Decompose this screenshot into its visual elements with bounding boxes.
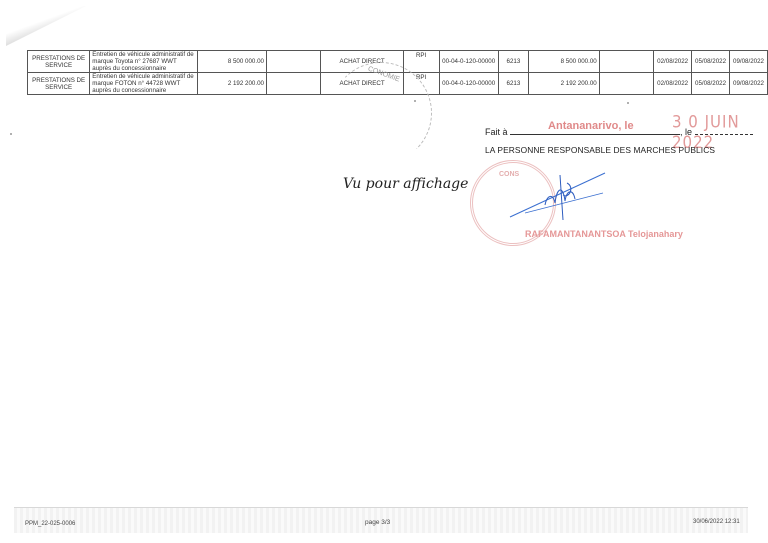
signer-name: RAFAMANTANANTSOA Telojanahary	[525, 229, 683, 239]
blank-cell-cell	[266, 73, 320, 95]
budget-imputation-cell: 00-04-0-120-00000	[439, 51, 498, 73]
scan-speck	[414, 100, 416, 102]
blank-cell-cell	[266, 51, 320, 73]
gray-seal-stamp: CONOMIE	[330, 62, 432, 164]
fait-a-label: Fait à	[485, 127, 508, 137]
budget-imputation-cell: 00-04-0-120-00000	[439, 73, 498, 95]
authority-title: LA PERSONNE RESPONSABLE DES MARCHES PUBL…	[485, 145, 715, 155]
page-corner-fold	[6, 6, 86, 46]
date-1-cell: 02/08/2022	[654, 51, 692, 73]
date-1-cell: 02/08/2022	[654, 73, 692, 95]
procurement-type-cell: PRESTATIONS DE SERVICE	[28, 73, 90, 95]
date-3-cell: 09/08/2022	[729, 73, 767, 95]
article-cell: 6213	[498, 51, 528, 73]
document-reference: PPM_22-025-0006	[25, 521, 75, 527]
description-cell: Entretien de véhicule administratif de m…	[90, 73, 198, 95]
estimated-amount-cell: 8 500 000.00	[198, 51, 267, 73]
date-2-cell: 05/08/2022	[692, 73, 730, 95]
estimated-amount-cell: 2 192 200.00	[198, 73, 267, 95]
print-datetime: 30/06/2022 12:31	[693, 519, 740, 525]
amount-cell: 8 500 000.00	[529, 51, 600, 73]
blank-cell-cell	[599, 73, 653, 95]
blank-cell-cell	[599, 51, 653, 73]
amount-cell: 2 192 200.00	[529, 73, 600, 95]
date-3-cell: 09/08/2022	[729, 51, 767, 73]
city-stamp: Antananarivo, le	[548, 120, 634, 132]
gray-seal-text: CONOMIE	[367, 65, 401, 83]
article-cell: 6213	[498, 73, 528, 95]
scan-speck	[10, 133, 12, 135]
signature-icon	[505, 165, 615, 225]
place-field: Antananarivo, le	[510, 124, 680, 135]
scan-speck	[627, 102, 629, 104]
procurement-type-cell: PRESTATIONS DE SERVICE	[28, 51, 90, 73]
handwritten-note: Vu pour affichage	[343, 176, 468, 192]
date-2-cell: 05/08/2022	[692, 51, 730, 73]
description-cell: Entretien de véhicule administratif de m…	[90, 51, 198, 73]
page-number: page 3/3	[365, 519, 390, 526]
